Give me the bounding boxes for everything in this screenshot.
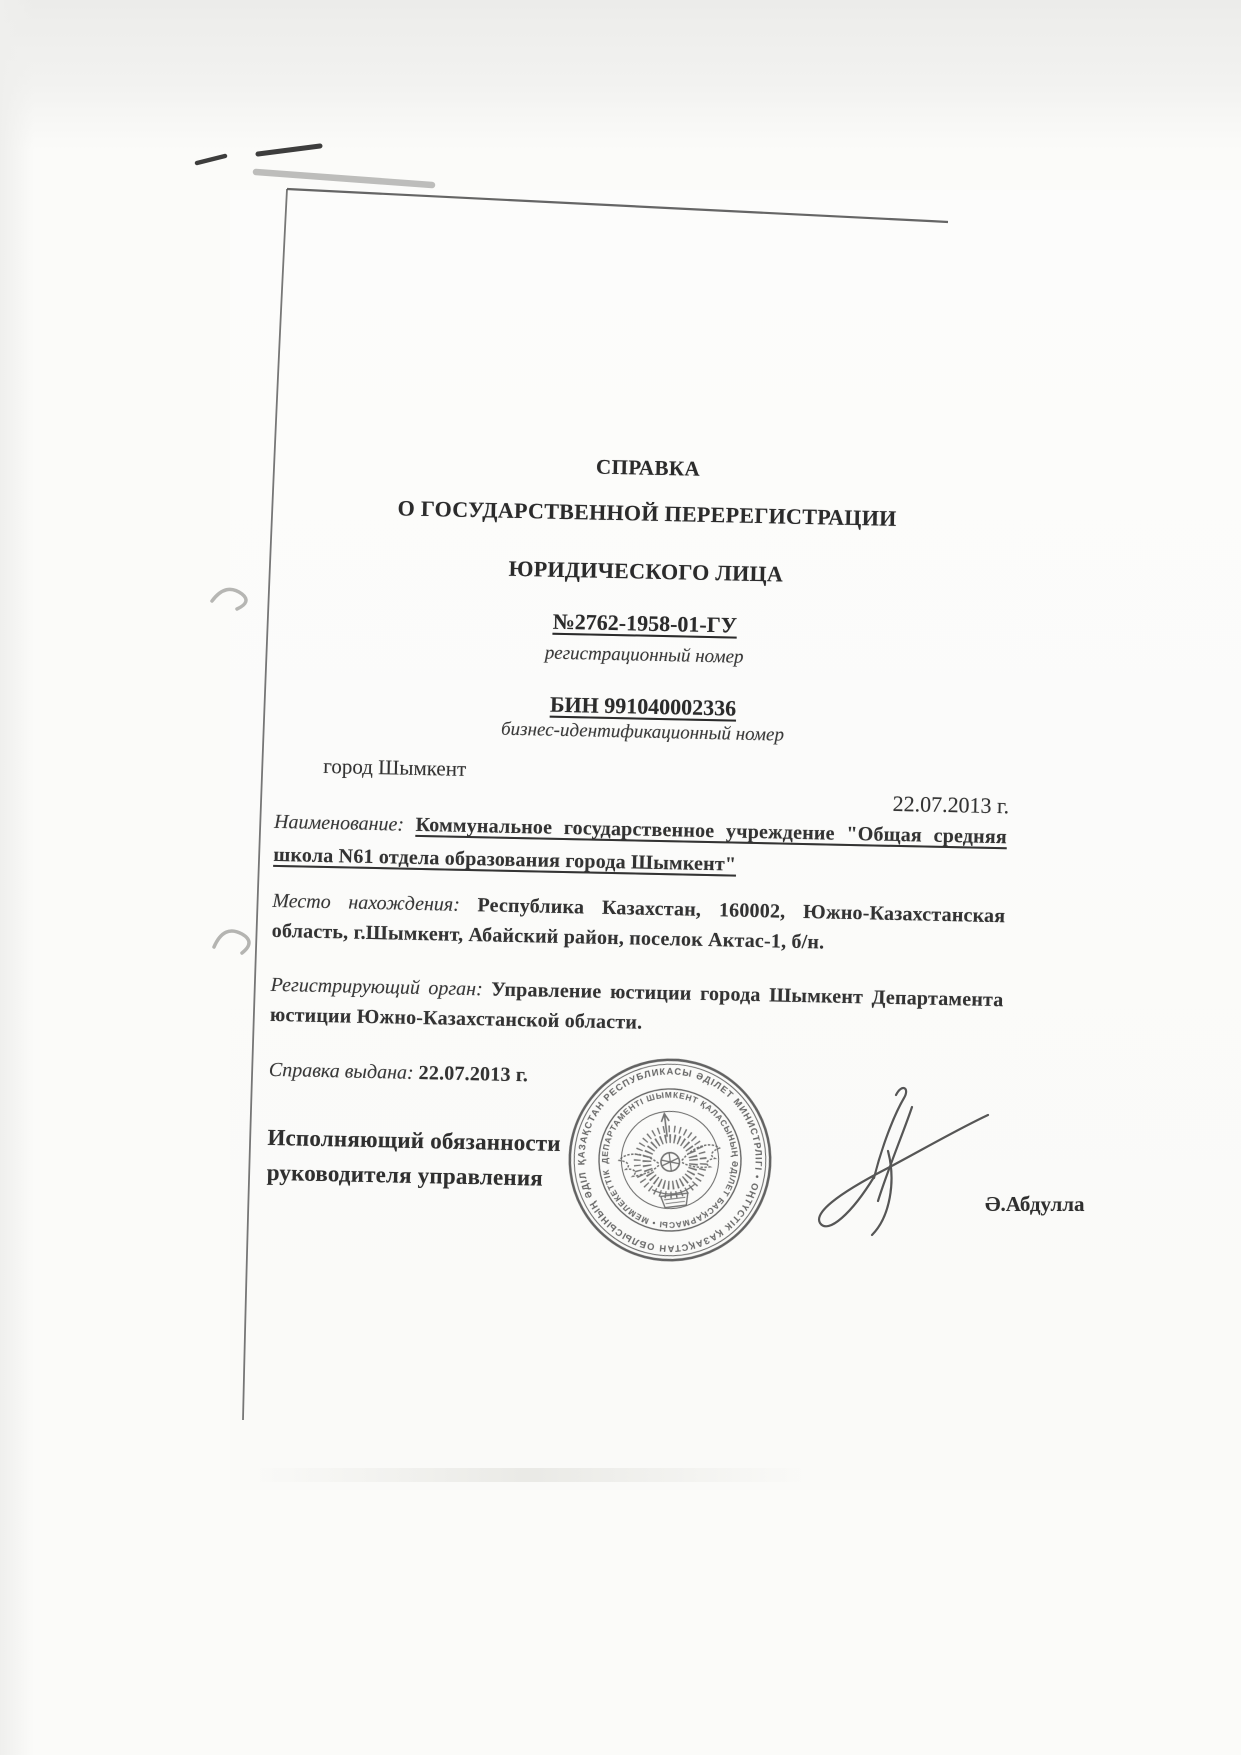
field-name: Наименование: Коммунальное государственн… xyxy=(273,806,1007,887)
issue-date: 22.07.2013 г. xyxy=(892,791,1132,822)
field-location-label: Место нахождения: xyxy=(272,890,460,916)
stamp-emblem xyxy=(614,1107,726,1212)
field-location: Место нахождения: Республика Казахстан, … xyxy=(271,886,1005,961)
scan-artifact-dashes xyxy=(197,146,432,185)
field-name-label: Наименование: xyxy=(274,811,404,836)
field-issued-label: Справка выдана: xyxy=(269,1059,414,1084)
document-subtitle-2: ЮРИДИЧЕСКОГО ЛИЦА xyxy=(279,551,1012,592)
field-registrar: Регистрирующий орган: Управление юстиции… xyxy=(270,970,1004,1045)
registration-number: №2762-1958-01-ГУ xyxy=(278,603,1011,644)
field-location-value-line2: область, г.Шымкент, Абайский район, посе… xyxy=(272,920,825,954)
field-registrar-label: Регистрирующий орган: xyxy=(270,974,483,1000)
scan-artifact-curls xyxy=(212,589,249,953)
registration-number-caption: регистрационный номер xyxy=(277,637,1010,674)
field-name-value-line2: школа N61 отдела образования города Шымк… xyxy=(273,844,736,876)
document-subtitle-1: О ГОСУДАРСТВЕННОЙ ПЕРЕРЕГИСТРАЦИИ xyxy=(280,493,1013,534)
signatory-name: Ә.Абдулла xyxy=(985,1192,1085,1217)
signature xyxy=(800,1083,1000,1248)
official-stamp: ҚАЗАҚСТАН РЕСПУБЛИКАСЫ ӘДІЛЕТ МИНИСТРЛІГ… xyxy=(551,1041,789,1279)
issue-city: город Шымкент xyxy=(275,753,1056,794)
field-registrar-value-line2: юстиции Южно-Казахстанской области. xyxy=(270,1004,643,1034)
field-issued-value: 22.07.2013 г. xyxy=(418,1062,528,1086)
